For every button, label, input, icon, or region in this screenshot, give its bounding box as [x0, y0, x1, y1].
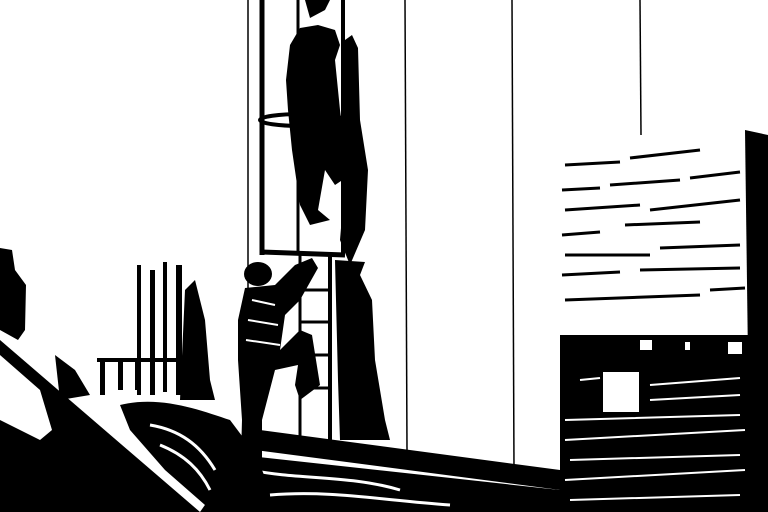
wrapped-pallets: [560, 130, 768, 512]
climbing-ladder-scene: [0, 0, 768, 512]
